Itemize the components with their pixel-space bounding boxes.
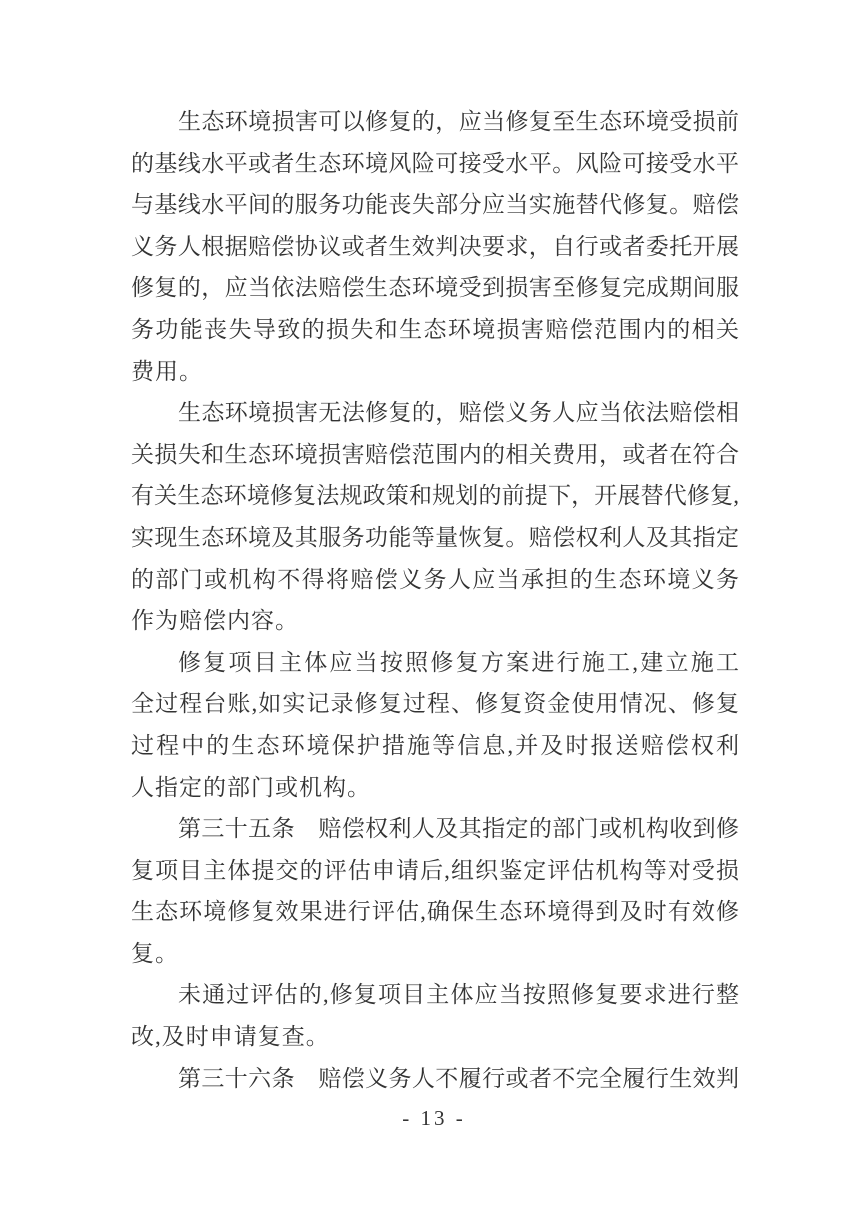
- text-line: 的部门或机构不得将赔偿义务人应当承担的生态环境义务: [131, 559, 739, 601]
- text-line: 作为赔偿内容。: [131, 600, 739, 642]
- text-line: 生态环境损害无法修复的，赔偿义务人应当依法赔偿相: [131, 392, 739, 434]
- text-line: 修复项目主体应当按照修复方案进行施工,建立施工: [131, 642, 739, 684]
- text-line: 的基线水平或者生态环境风险可接受水平。风险可接受水平: [131, 143, 739, 185]
- text-line: 实现生态环境及其服务功能等量恢复。赔偿权利人及其指定: [131, 517, 739, 559]
- text-line: 修复的，应当依法赔偿生态环境受到损害至修复完成期间服: [131, 267, 739, 309]
- text-line: 关损失和生态环境损害赔偿范围内的相关费用，或者在符合: [131, 434, 739, 476]
- text-line: 人指定的部门或机构。: [131, 767, 739, 809]
- text-line: 费用。: [131, 351, 739, 393]
- text-line: 全过程台账,如实记录修复过程、修复资金使用情况、修复: [131, 683, 739, 725]
- text-line: 第三十六条 赔偿义务人不履行或者不完全履行生效判: [131, 1058, 739, 1100]
- text-line: 过程中的生态环境保护措施等信息,并及时报送赔偿权利: [131, 725, 739, 767]
- text-line: 与基线水平间的服务功能丧失部分应当实施替代修复。赔偿: [131, 184, 739, 226]
- text-line: 未通过评估的,修复项目主体应当按照修复要求进行整: [131, 974, 739, 1016]
- text-line: 第三十五条 赔偿权利人及其指定的部门或机构收到修: [131, 808, 739, 850]
- text-line: 复。: [131, 933, 739, 975]
- text-line: 复项目主体提交的评估申请后,组织鉴定评估机构等对受损: [131, 850, 739, 892]
- text-line: 务功能丧失导致的损失和生态环境损害赔偿范围内的相关: [131, 309, 739, 351]
- text-line: 生态环境损害可以修复的，应当修复至生态环境受损前: [131, 101, 739, 143]
- page-number: - 13 -: [0, 1106, 868, 1131]
- text-line: 有关生态环境修复法规政策和规划的前提下，开展替代修复,: [131, 475, 739, 517]
- text-line: 改,及时申请复查。: [131, 1016, 739, 1058]
- document-body: 生态环境损害可以修复的，应当修复至生态环境受损前的基线水平或者生态环境风险可接受…: [131, 101, 739, 1099]
- document-page: 生态环境损害可以修复的，应当修复至生态环境受损前的基线水平或者生态环境风险可接受…: [0, 0, 868, 1227]
- text-line: 义务人根据赔偿协议或者生效判决要求，自行或者委托开展: [131, 226, 739, 268]
- text-line: 生态环境修复效果进行评估,确保生态环境得到及时有效修: [131, 891, 739, 933]
